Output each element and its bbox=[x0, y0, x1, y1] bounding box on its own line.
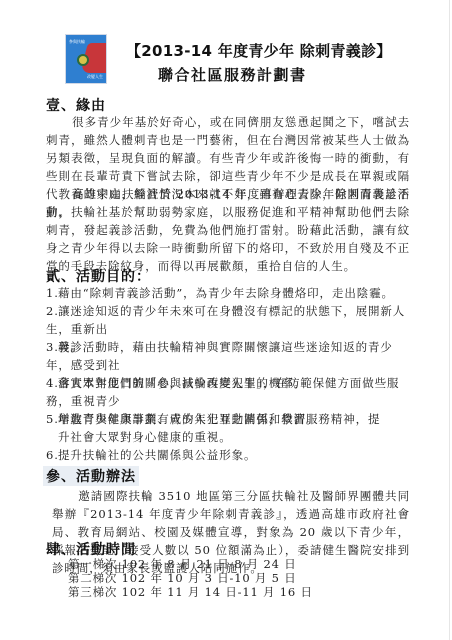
item-text: 落實本年度口號「參與扶輪改變人生」，在防範保健方面做些服務，重視青少 bbox=[46, 376, 399, 408]
page-edge-shadow bbox=[449, 0, 450, 640]
document-title: 【2013-14 年度青少年 除刺青義診】 bbox=[126, 40, 392, 61]
item-text: 藉由“除刺青義診活動”，為青少年去除身體烙印，走出陰霾。 bbox=[58, 286, 394, 300]
origin-paragraph-2-text: 高雄中山扶輪社於 2013-14 年度再辦理青少年除刺青義診活動，扶輪社基於幫助… bbox=[46, 187, 410, 273]
section-heading-schedule: 肆、活動時間 bbox=[46, 539, 136, 559]
item-text: 讓迷途知返的青少年未來可在身體沒有標記的狀態下，展開新人生，重新出 bbox=[46, 304, 405, 336]
purpose-item-1: 1.藉由“除刺青義診活動”，為青少年去除身體烙印，走出陰霾。 bbox=[46, 284, 416, 302]
item-number: 6. bbox=[46, 446, 58, 464]
logo-bottom-text: 改變人生 bbox=[87, 74, 103, 80]
logo-top-text: 參與扶輪 bbox=[69, 39, 85, 45]
section-heading-method: 參、活動辦法 bbox=[43, 466, 139, 486]
item-continuation: 升社會大眾對身心健康的重視。 bbox=[46, 428, 416, 446]
item-number: 1. bbox=[46, 284, 58, 302]
document-subtitle: 聯合社區服務計劃書 bbox=[158, 64, 307, 85]
section-heading-purpose: 貳、活動目的： bbox=[46, 266, 151, 286]
section-heading-origin: 壹、緣由 bbox=[46, 95, 106, 115]
item-number: 2. bbox=[46, 302, 58, 320]
purpose-item-6: 6.提升扶輪社的公共關係與公益形象。 bbox=[46, 446, 416, 464]
rotary-wheel-icon bbox=[77, 54, 89, 66]
origin-paragraph-2: 高雄中山扶輪社於 2013-14 年度再辦理青少年除刺青義診活動，扶輪社基於幫助… bbox=[46, 185, 410, 275]
item-number: 4. bbox=[46, 374, 58, 392]
item-text: 義診活動時，藉由扶輪精神與實際關懷讓這些迷途知返的青少年，感受到社 bbox=[46, 340, 393, 372]
item-number: 3. bbox=[46, 338, 58, 356]
schedule-row-2: 第二梯次 102 年 10 月 3 日-10 月 5 日 bbox=[68, 571, 297, 585]
item-number: 5. bbox=[46, 410, 58, 428]
item-text: 提升扶輪社的公共關係與公益形象。 bbox=[58, 448, 256, 462]
rotary-logo: 參與扶輪 改變人生 bbox=[65, 34, 107, 84]
item-text: 增進青少年與事業有成的人士互動關係，學習服務精神，提 bbox=[58, 412, 380, 426]
schedule-row-3: 第三梯次 102 年 11 月 14 日-11 月 16 日 bbox=[68, 585, 313, 599]
schedule-row-1: 第一梯次 102 年 8 月 21 日-8 月 24 日 bbox=[68, 557, 297, 571]
purpose-item-5: 5.增進青少年與事業有成的人士互動關係，學習服務精神，提升社會大眾對身心健康的重… bbox=[46, 410, 416, 446]
